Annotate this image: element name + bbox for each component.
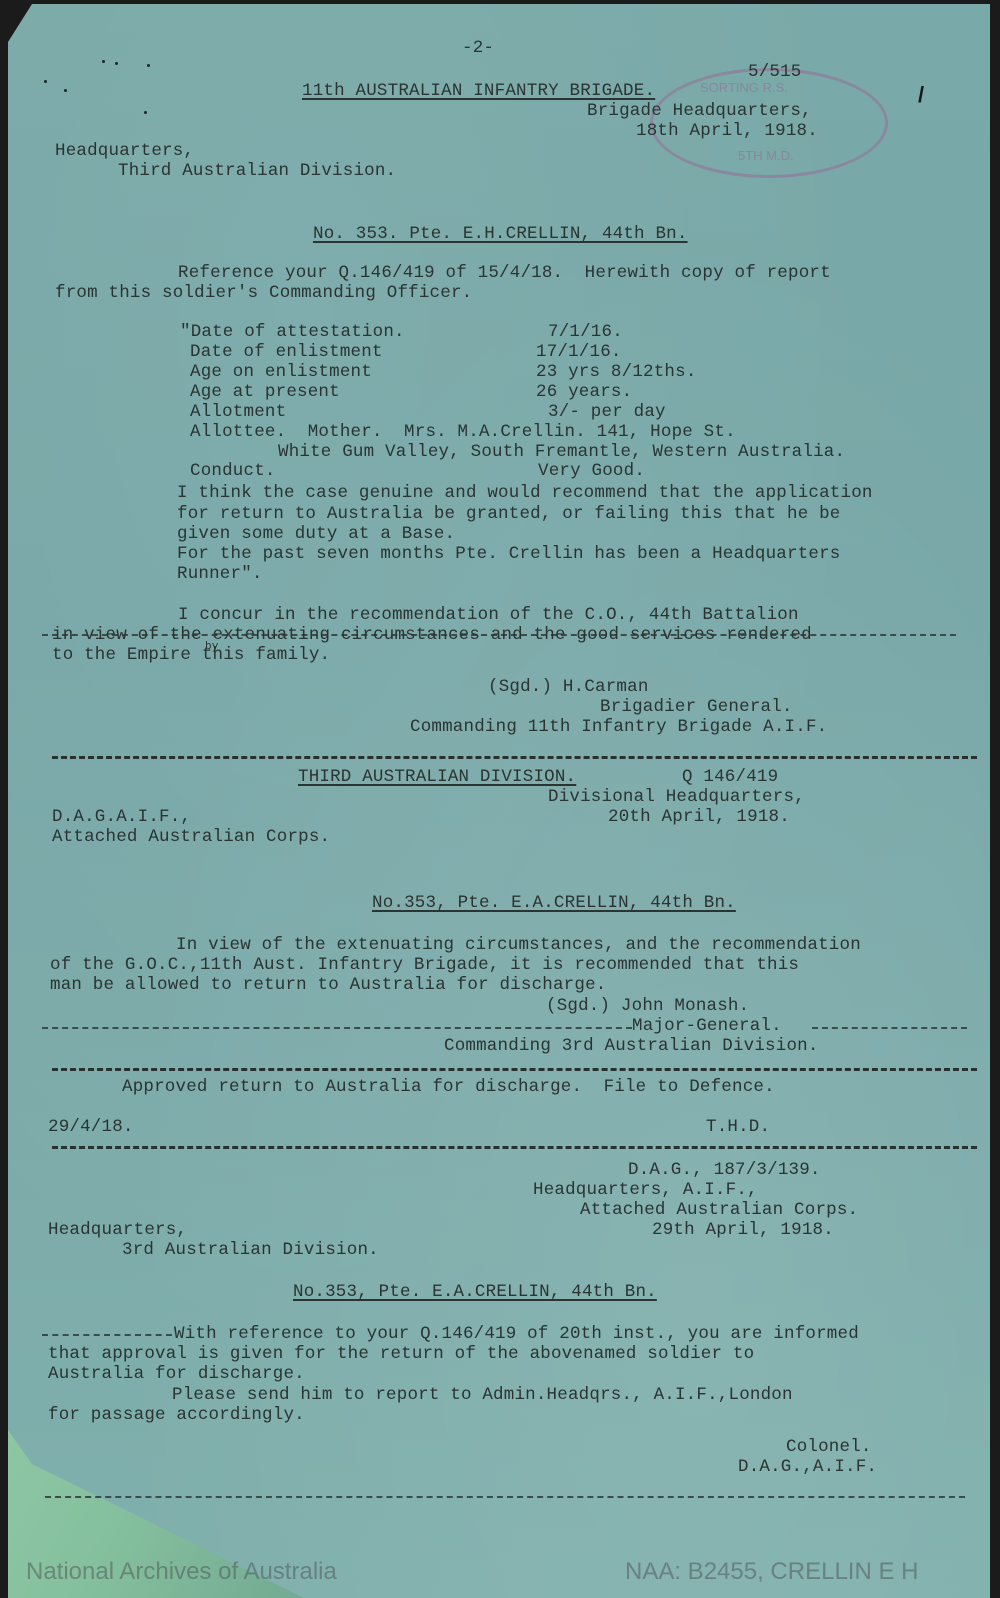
letter1-para2-line3: to the Empire this family. (52, 645, 330, 665)
dotted-rule (45, 1496, 965, 1498)
report-line2: for return to Australia be granted, or f… (177, 504, 841, 524)
letter1-recipient-line2: Third Australian Division. (118, 161, 396, 181)
letter1-command: Commanding 11th Infantry Brigade A.I.F. (410, 717, 827, 737)
report-line3: given some duty at a Base. (177, 524, 455, 544)
pin-hole (64, 89, 67, 92)
letter3-subject: No.353, Pte. E.A.CRELLIN, 44th Bn. (293, 1282, 657, 1302)
letter1-sender: Brigade Headquarters, (587, 101, 812, 121)
letter1-signature: (Sgd.) H.Carman (488, 677, 649, 697)
report-line5: Runner". (177, 564, 263, 584)
letter1-para1-line2: from this soldier's Commanding Officer. (55, 283, 472, 303)
letter1-para2-line2: in view of the extenuating circumstances… (52, 625, 812, 645)
letter3-para2-line1: Please send him to report to Admin.Headq… (172, 1385, 793, 1405)
stamp-bottom-text: 5TH M.D. (738, 148, 794, 163)
letter2-subject: No.353, Pte. E.A.CRELLIN, 44th Bn. (372, 893, 736, 913)
letter1-para1-line1: Reference your Q.146/419 of 15/4/18. Her… (178, 263, 831, 283)
letter2-signature: (Sgd.) John Monash. (546, 996, 749, 1016)
letter3-sender-line1: Headquarters, A.I.F., (533, 1180, 758, 1200)
letter2-para-line1: In view of the extenuating circumstances… (176, 935, 861, 955)
pin-hole (144, 111, 147, 114)
letter2-date: 20th April, 1918. (608, 807, 790, 827)
letter2-recipient-line1: D.A.G.A.I.F., (52, 807, 191, 827)
letter3-para1-line1: With reference to your Q.146/419 of 20th… (174, 1324, 859, 1344)
letter2-rank: Major-General. (632, 1016, 782, 1036)
letter1-para2-line1: I concur in the recommendation of the C.… (178, 605, 799, 625)
report-field-label: Age at present (190, 382, 340, 402)
report-field-value: 23 yrs 8/12ths. (536, 362, 697, 382)
stamp-top-text: SORTING R.S. (700, 80, 788, 95)
report-field-value: 26 years. (536, 382, 632, 402)
dotted-rule (42, 1027, 632, 1029)
letter2-para-line2: of the G.O.C.,11th Aust. Infantry Brigad… (50, 955, 799, 975)
file-reference: 5/515 (748, 62, 802, 82)
pin-hole (147, 64, 150, 67)
dotted-rule (812, 1027, 967, 1029)
archive-reference: NAA: B2455, CRELLIN E H (625, 1558, 918, 1586)
letter3-para1-line3: Australia for discharge. (48, 1364, 305, 1384)
report-line4: For the past seven months Pte. Crellin h… (177, 544, 841, 564)
report-field-value: 3/- per day (548, 402, 666, 422)
report-field-label: "Date of attestation. (180, 322, 405, 342)
minute-initials: T.H.D. (706, 1117, 770, 1137)
dotted-rule (42, 1334, 172, 1336)
letter1-recipient-line1: Headquarters, (55, 141, 194, 161)
conduct-label: Conduct. (190, 461, 276, 481)
letter2-heading: THIRD AUSTRALIAN DIVISION. (298, 767, 576, 787)
letter3-sender-line2: Attached Australian Corps. (580, 1200, 858, 1220)
report-field-label: Allotment (190, 402, 286, 422)
letter3-para2-line2: for passage accordingly. (48, 1405, 305, 1425)
page-number: -2- (462, 38, 494, 58)
letter3-reference: D.A.G., 187/3/139. (628, 1160, 821, 1180)
allottee-line1: Allottee. Mother. Mrs. M.A.Crellin. 141,… (190, 422, 736, 442)
pin-hole (44, 80, 47, 83)
margin-mark: / (918, 82, 924, 108)
letter3-recipient-line1: Headquarters, (48, 1220, 187, 1240)
letter3-title: D.A.G.,A.I.F. (738, 1457, 877, 1477)
section-divider (52, 756, 977, 759)
letter2-recipient-line2: Attached Australian Corps. (52, 827, 330, 847)
report-field-label: Age on enlistment (190, 362, 372, 382)
letter2-sender: Divisional Headquarters, (548, 787, 805, 807)
section-divider (52, 1146, 977, 1149)
report-field-label: Date of enlistment (190, 342, 383, 362)
handwritten-insert: by (205, 637, 219, 657)
archive-watermark: National Archives of Australia (26, 1558, 337, 1586)
section-divider (52, 1068, 977, 1071)
pin-hole (115, 62, 118, 65)
minute-date: 29/4/18. (48, 1117, 134, 1137)
report-field-value: 7/1/16. (548, 322, 623, 342)
letter3-para1-line2: that approval is given for the return of… (48, 1344, 754, 1364)
approval-minute: Approved return to Australia for dischar… (122, 1077, 775, 1097)
letter3-date: 29th April, 1918. (652, 1220, 834, 1240)
letter1-heading: 11th AUSTRALIAN INFANTRY BRIGADE. (302, 81, 655, 101)
allottee-line2: White Gum Valley, South Fremantle, Weste… (278, 442, 845, 462)
letter3-recipient-line2: 3rd Australian Division. (122, 1240, 379, 1260)
conduct-value: Very Good. (538, 461, 645, 481)
letter3-rank: Colonel. (786, 1437, 872, 1457)
letter1-subject: No. 353. Pte. E.H.CRELLIN, 44th Bn. (313, 224, 688, 244)
letter1-rank: Brigadier General. (600, 697, 793, 717)
letter2-reference: Q 146/419 (682, 767, 778, 787)
report-line1: I think the case genuine and would recom… (177, 483, 873, 503)
report-field-value: 17/1/16. (536, 342, 622, 362)
letter1-date: 18th April, 1918. (636, 121, 818, 141)
pin-hole (102, 60, 105, 63)
letter2-para-line3: man be allowed to return to Australia fo… (50, 975, 607, 995)
letter2-command: Commanding 3rd Australian Division. (444, 1036, 819, 1056)
